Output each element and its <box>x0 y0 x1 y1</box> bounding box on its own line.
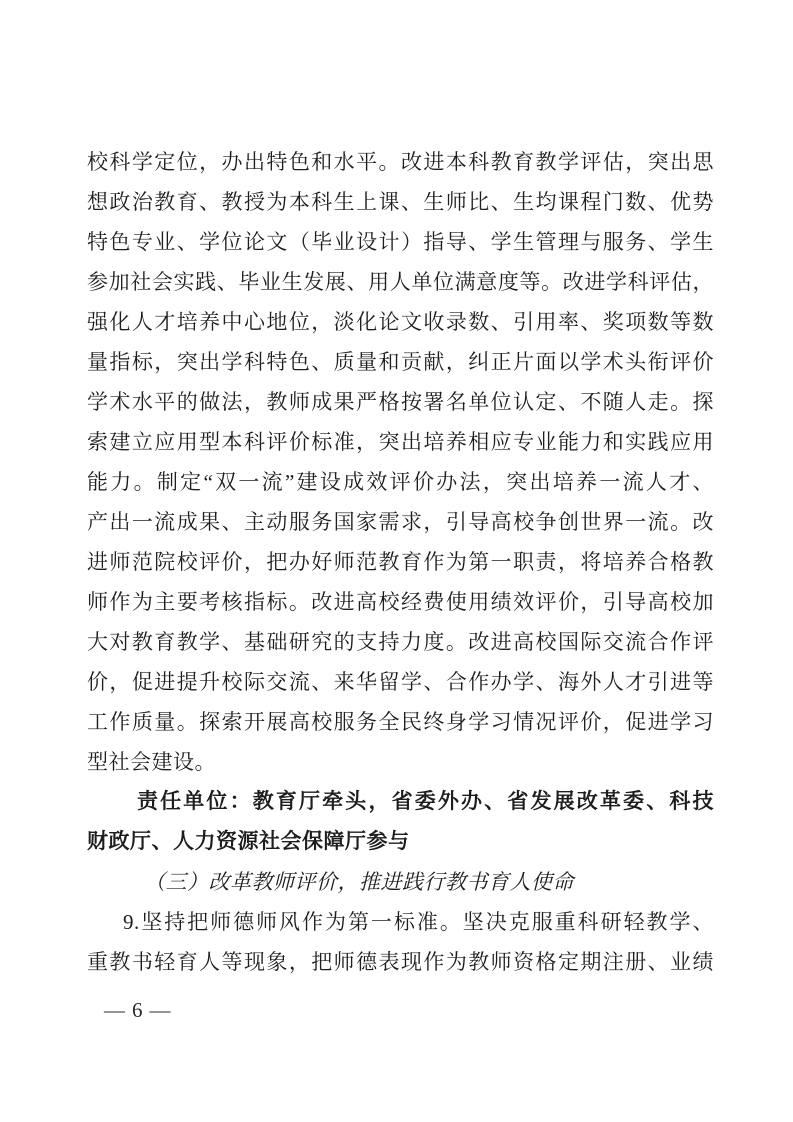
text-line: 责任单位：教育厅牵头，省委外办、省发展改革委、科技厅、 <box>87 782 714 822</box>
text-line: 工作质量。探索开展高校服务全民终身学习情况评价，促进学习 <box>87 702 714 742</box>
text-line: 能力。制定“双一流”建设成效评价办法，突出培养一流人才、 <box>87 462 714 502</box>
text-line: 进师范院校评价，把办好师范教育作为第一职责，将培养合格教 <box>87 542 714 582</box>
text-line: 财政厅、人力资源社会保障厅参与 <box>87 822 714 862</box>
text-line: 参加社会实践、毕业生发展、用人单位满意度等。改进学科评估， <box>87 262 714 302</box>
text-line: 产出一流成果、主动服务国家需求，引导高校争创世界一流。改 <box>87 502 714 542</box>
body-paragraph-continued: 校科学定位，办出特色和水平。改进本科教育教学评估，突出思想政治教育、教授为本科生… <box>87 142 714 782</box>
text-line: 大对教育教学、基础研究的支持力度。改进高校国际交流合作评 <box>87 622 714 662</box>
footer-dash-right: — <box>150 998 171 1022</box>
text-line: 校科学定位，办出特色和水平。改进本科教育教学评估，突出思 <box>87 142 714 182</box>
section-heading-3: （三）改革教师评价，推进践行教书育人使命 <box>87 862 714 902</box>
text-line: 师作为主要考核指标。改进高校经费使用绩效评价，引导高校加 <box>87 582 714 622</box>
text-line: 9.坚持把师德师风作为第一标准。坚决克服重科研轻教学、 <box>87 902 714 942</box>
page-number: 6 <box>132 998 143 1022</box>
document-body: 校科学定位，办出特色和水平。改进本科教育教学评估，突出思想政治教育、教授为本科生… <box>87 142 714 982</box>
text-line: 想政治教育、教授为本科生上课、生师比、生均课程门数、优势 <box>87 182 714 222</box>
text-line: 型社会建设。 <box>87 742 714 782</box>
item-9-paragraph: 9.坚持把师德师风作为第一标准。坚决克服重科研轻教学、重教书轻育人等现象，把师德… <box>87 902 714 982</box>
text-line: 特色专业、学位论文（毕业设计）指导、学生管理与服务、学生 <box>87 222 714 262</box>
text-line: 量指标，突出学科特色、质量和贡献，纠正片面以学术头衔评价 <box>87 342 714 382</box>
text-line: 索建立应用型本科评价标准，突出培养相应专业能力和实践应用 <box>87 422 714 462</box>
text-line: 强化人才培养中心地位，淡化论文收录数、引用率、奖项数等数 <box>87 302 714 342</box>
text-line: （三）改革教师评价，推进践行教书育人使命 <box>87 862 714 902</box>
responsible-units-paragraph: 责任单位：教育厅牵头，省委外办、省发展改革委、科技厅、财政厅、人力资源社会保障厅… <box>87 782 714 862</box>
text-line: 重教书轻育人等现象，把师德表现作为教师资格定期注册、业绩 <box>87 942 714 982</box>
document-page: 校科学定位，办出特色和水平。改进本科教育教学评估，突出思想政治教育、教授为本科生… <box>0 0 793 1122</box>
text-line: 价，促进提升校际交流、来华留学、合作办学、海外人才引进等 <box>87 662 714 702</box>
text-line: 学术水平的做法，教师成果严格按署名单位认定、不随人走。探 <box>87 382 714 422</box>
page-footer: —6— <box>104 997 171 1023</box>
footer-dash-left: — <box>104 998 125 1022</box>
